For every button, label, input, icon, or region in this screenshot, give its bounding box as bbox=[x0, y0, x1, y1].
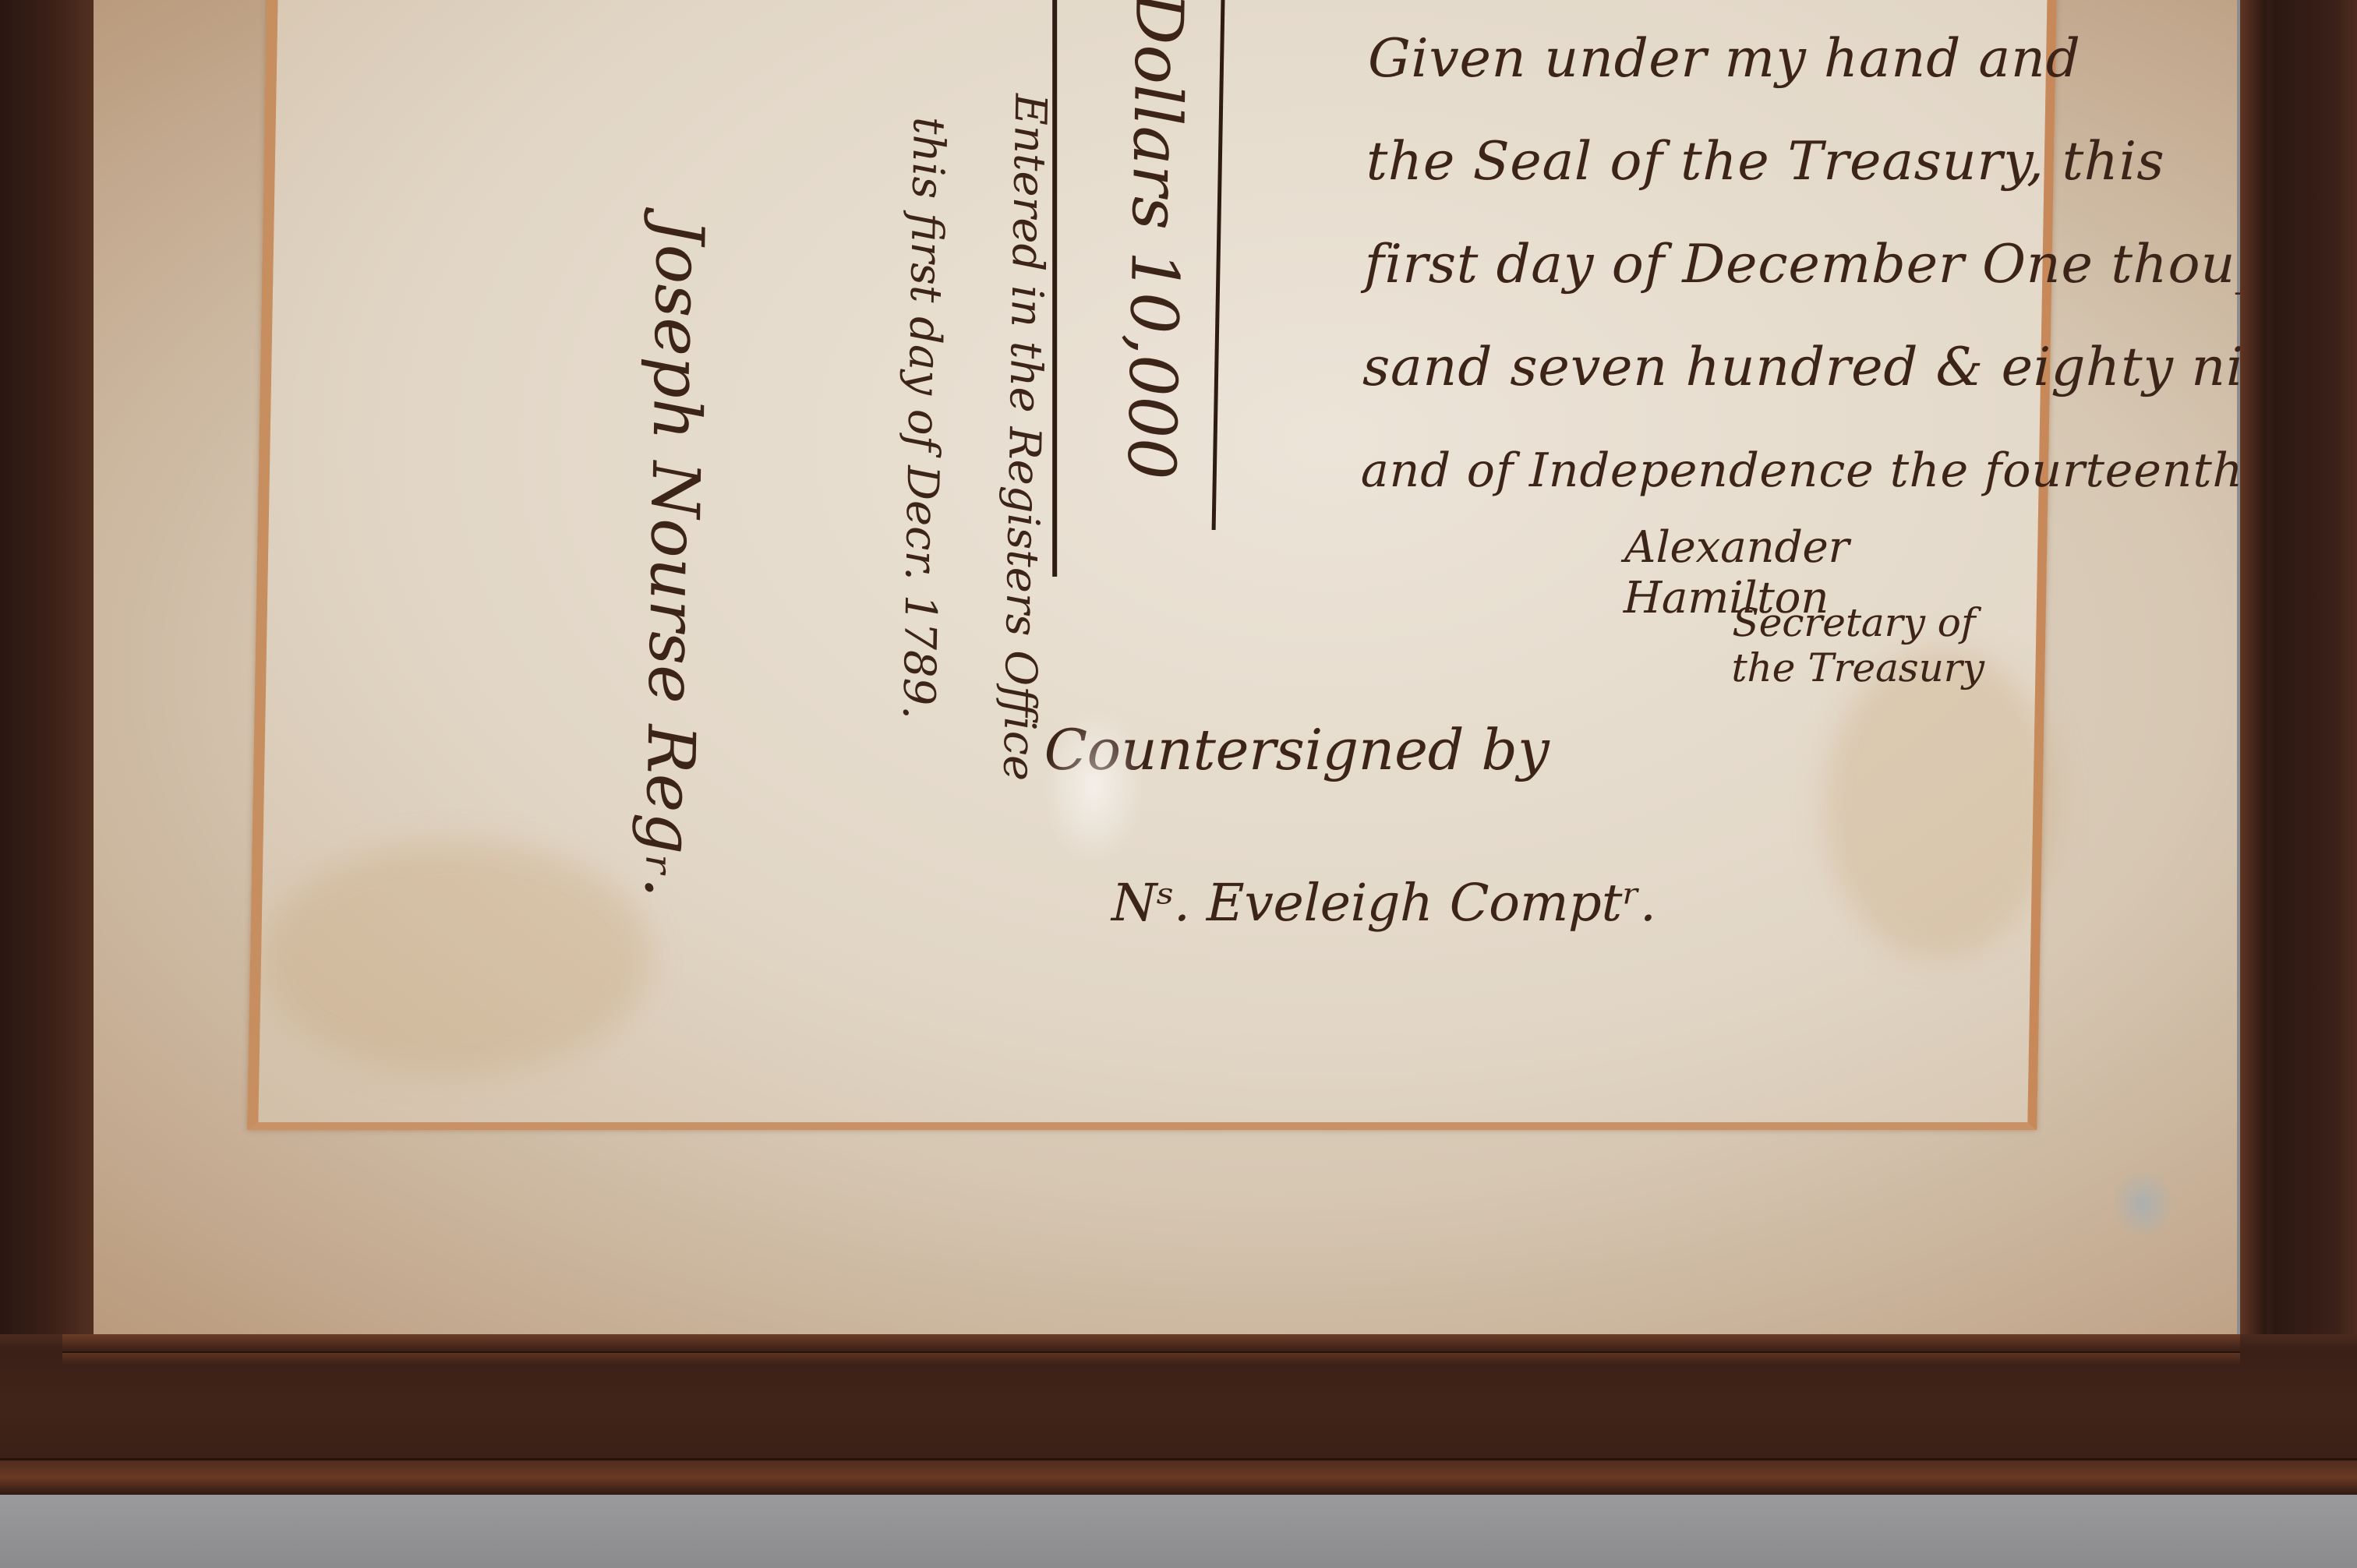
frame-inner-lip bbox=[62, 1334, 2240, 1354]
frame-outer-lip bbox=[0, 1458, 2357, 1495]
registry-entered-text: Entered in the Registers Office bbox=[993, 94, 1055, 781]
framed-document-photo: Dollars 10,000 Entered in the Registers … bbox=[0, 0, 2357, 1568]
frame-bottom-rail bbox=[0, 1334, 2357, 1495]
given-line: first day of December One thou_ bbox=[1363, 214, 2269, 316]
signatory-title: Secretary of the Treasury bbox=[1731, 600, 2037, 690]
ruled-line bbox=[1052, 0, 1057, 577]
table-surface bbox=[0, 1495, 2357, 1568]
registry-date-text: this first day of Decr. 1789. bbox=[892, 117, 953, 719]
given-line: the Seal of the Treasury, this bbox=[1366, 111, 2271, 214]
frame-inner-lip bbox=[62, 1353, 2240, 1365]
glass-smudge bbox=[2112, 1169, 2175, 1239]
register-signature: Joseph Nourse Regᵣ. bbox=[630, 218, 718, 898]
amount-text: Dollars 10,000 bbox=[1113, 0, 1198, 480]
given-line: sand seven hundred & eighty nine. bbox=[1362, 316, 2267, 419]
certificate-paper: Dollars 10,000 Entered in the Registers … bbox=[247, 0, 2057, 1130]
given-clause: Given under my hand and the Seal of the … bbox=[1360, 8, 2274, 522]
glass-glare bbox=[1042, 709, 1146, 865]
frame-inner-lip bbox=[2240, 0, 2267, 1495]
ruled-line bbox=[1212, 0, 1225, 530]
frame-left-rail bbox=[0, 0, 94, 1495]
given-line: and of Independence the fourteenth. bbox=[1360, 419, 2266, 522]
age-stain bbox=[1820, 647, 2059, 959]
age-stain bbox=[259, 842, 652, 1075]
frame-right-rail bbox=[2240, 0, 2357, 1495]
comptroller-signature: Nˢ. Eveleigh Comptʳ. bbox=[1111, 873, 1657, 933]
given-line: Given under my hand and bbox=[1367, 8, 2273, 111]
